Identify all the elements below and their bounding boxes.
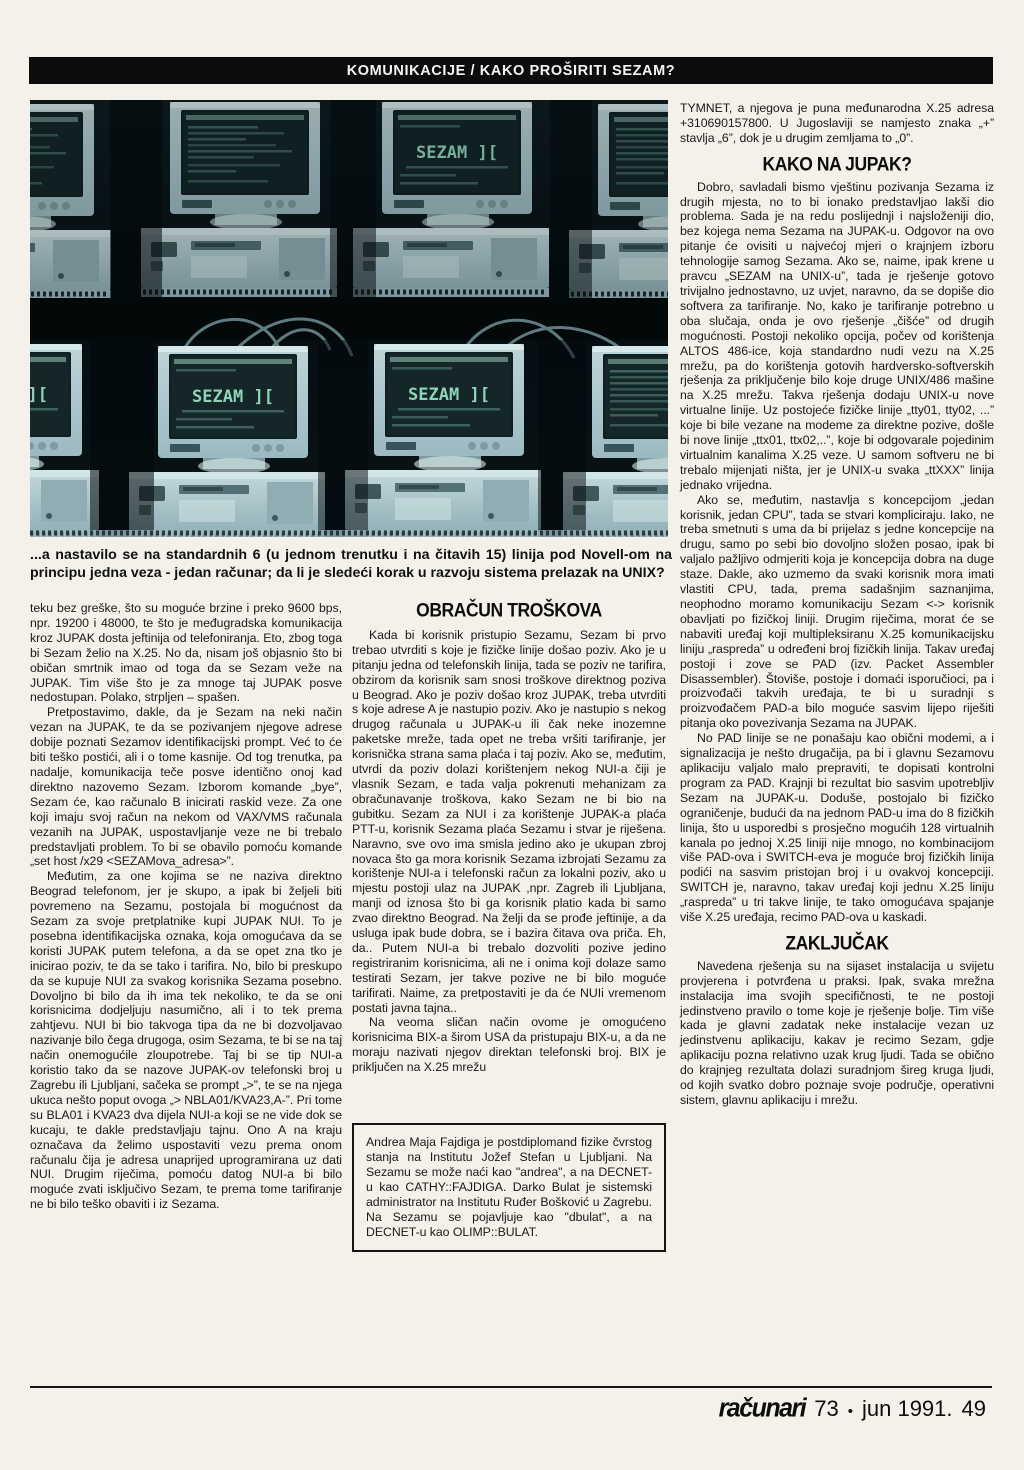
section-header-bar: KOMUNIKACIJE / KAKO PROŠIRITI SEZAM? xyxy=(30,58,992,83)
section-title: KOMUNIKACIJE / KAKO PROŠIRITI SEZAM? xyxy=(347,63,676,79)
article-column-right: TYMNET, a njegova je puna međunarodna X.… xyxy=(680,101,994,1108)
issue-number: 73 xyxy=(814,1396,838,1422)
paragraph: teku bez greške, što su moguće brzine i … xyxy=(30,601,342,705)
page-footer: računari 73 • jun 1991. 49 xyxy=(719,1394,986,1423)
paragraph: Na veoma sličan način ovome je omogućeno… xyxy=(352,1015,666,1075)
paragraph: Ako se, međutim, nastavlja s koncepcijom… xyxy=(680,493,994,732)
paragraph: Dobro, savladali bismo vještinu pozivanj… xyxy=(680,180,994,493)
page-number: 49 xyxy=(962,1396,986,1422)
author-bio-box: Andrea Maja Fajdiga je postdiplomand fiz… xyxy=(352,1123,666,1252)
issue-date: jun 1991. xyxy=(862,1396,953,1422)
footer-rule xyxy=(30,1386,992,1388)
article-column-middle: OBRAČUN TROŠKOVA Kada bi korisnik pristu… xyxy=(352,601,666,1252)
section-heading-zakljucak: ZAKLJUČAK xyxy=(680,935,994,952)
paragraph: Kada bi korisnik pristupio Sezamu, Sezam… xyxy=(352,628,666,1016)
monitors-photo-illustration: SEZAM ][ xyxy=(30,100,668,537)
article-photo: SEZAM ][ xyxy=(30,100,668,537)
magazine-page: KOMUNIKACIJE / KAKO PROŠIRITI SEZAM? xyxy=(0,0,1024,1470)
photo-caption: ...a nastavilo se na standardnih 6 (u je… xyxy=(30,547,672,583)
section-heading-obracun-troskova: OBRAČUN TROŠKOVA xyxy=(352,602,666,619)
article-column-left: teku bez greške, što su moguće brzine i … xyxy=(30,601,342,1212)
paragraph: TYMNET, a njegova je puna međunarodna X.… xyxy=(680,101,994,146)
paragraph: Međutim, za one kojima se ne naziva dire… xyxy=(30,869,342,1212)
section-heading-kako-na-jupak: KAKO NA JUPAK? xyxy=(680,156,994,173)
paragraph: Navedena rješenja su na sijaset instalac… xyxy=(680,959,994,1108)
footer-bullet: • xyxy=(848,1403,853,1420)
paragraph: Pretpostavimo, dakle, da je Sezam na nek… xyxy=(30,705,342,869)
magazine-logo: računari xyxy=(719,1393,806,1423)
paragraph: No PAD linije se ne ponašaju kao obični … xyxy=(680,731,994,925)
